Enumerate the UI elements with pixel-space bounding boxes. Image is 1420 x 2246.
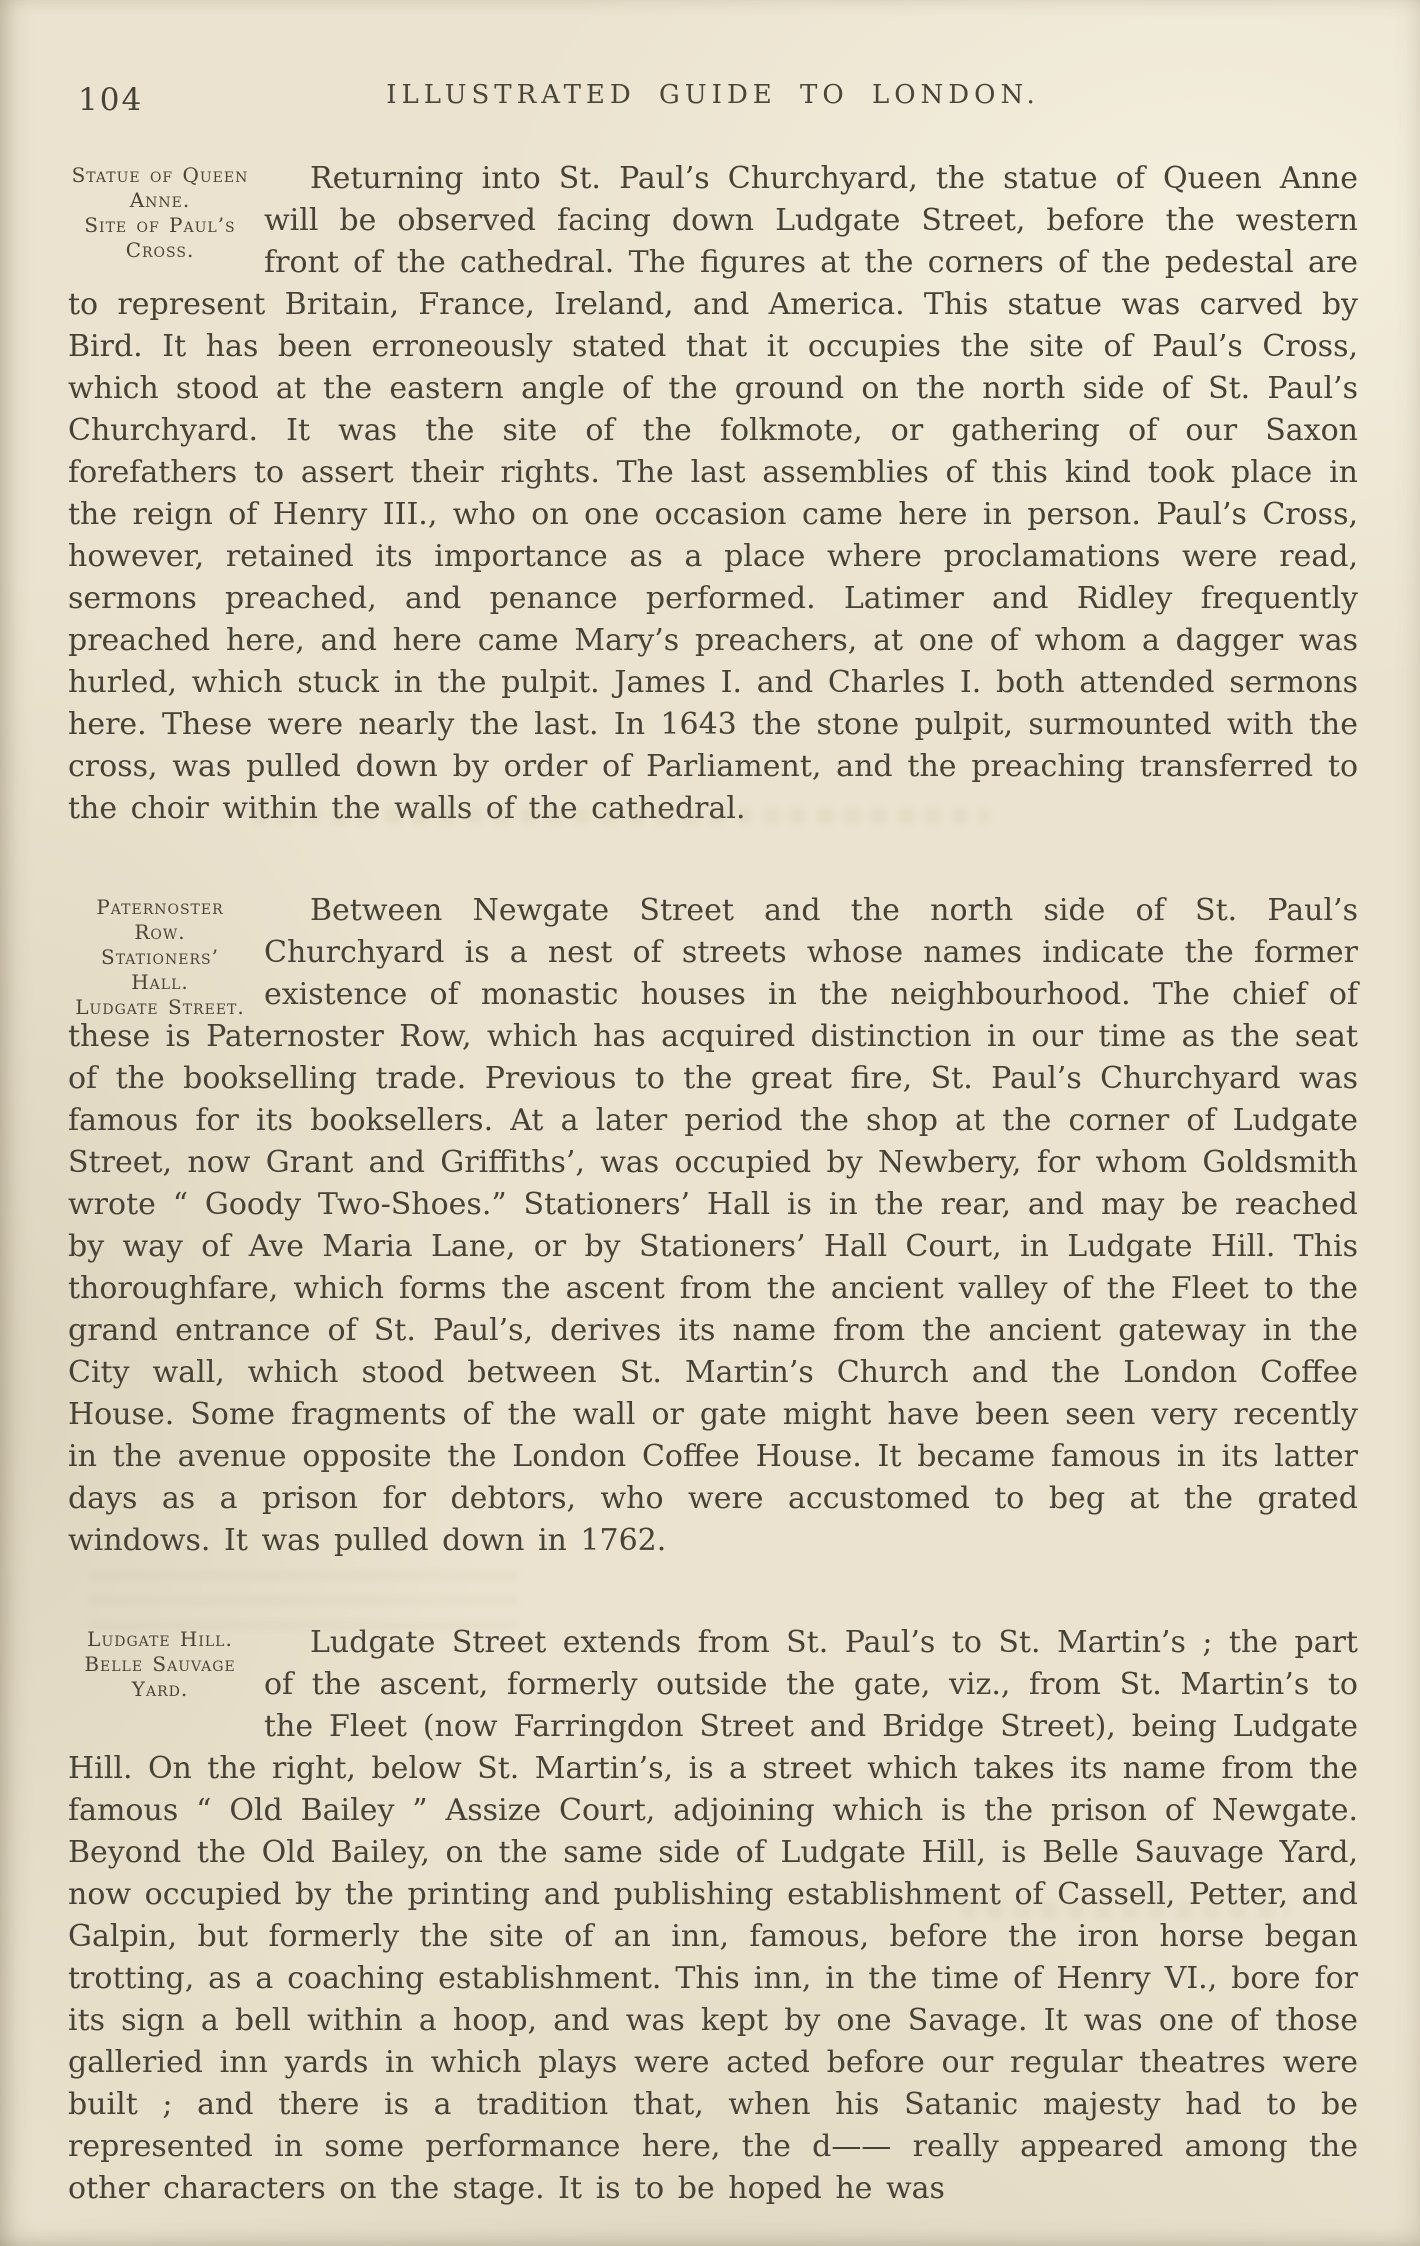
paragraph-text: Between Newgate Street and the north sid… xyxy=(68,893,1358,1558)
page-number: 104 xyxy=(78,82,143,118)
book-page: 104 ILLUSTRATED GUIDE TO LONDON. Statue … xyxy=(0,0,1420,2246)
paragraph-text: Returning into St. Paul’s Churchyard, th… xyxy=(68,161,1358,826)
paragraph-ludgate-hill: Ludgate Hill. Belle Sauvage Yard. Ludgat… xyxy=(68,1622,1358,2210)
sidenote-line: Belle Sauvage xyxy=(68,1652,252,1677)
page-header: 104 ILLUSTRATED GUIDE TO LONDON. xyxy=(68,80,1358,122)
page-body: Statue of Queen Anne. Site of Paul’s Cro… xyxy=(68,158,1358,2210)
sidenote-line: Statue of Queen xyxy=(68,163,252,188)
running-header: ILLUSTRATED GUIDE TO LONDON. xyxy=(68,80,1358,110)
sidenote-ludgate-hill: Ludgate Hill. Belle Sauvage Yard. xyxy=(68,1622,252,1748)
sidenote-line: Cross. xyxy=(68,238,252,263)
sidenote-line: Anne. xyxy=(68,188,252,213)
sidenote-line: Paternoster Row. xyxy=(68,895,252,945)
sidenote-line: Yard. xyxy=(68,1677,252,1702)
paragraph-paternoster-row: Paternoster Row. Stationers’ Hall. Ludga… xyxy=(68,890,1358,1562)
sidenote-line: Ludgate Hill. xyxy=(68,1627,252,1652)
sidenote-line: Stationers’ Hall. xyxy=(68,945,252,995)
paragraph-statue-of-queen-anne: Statue of Queen Anne. Site of Paul’s Cro… xyxy=(68,158,1358,830)
sidenote-paternoster-row: Paternoster Row. Stationers’ Hall. Ludga… xyxy=(68,890,252,1016)
sidenote-line: Site of Paul’s xyxy=(68,213,252,238)
paragraph-text: Ludgate Street extends from St. Paul’s t… xyxy=(68,1625,1358,2206)
sidenote-line: Ludgate Street. xyxy=(68,995,252,1020)
sidenote-statue-of-queen-anne: Statue of Queen Anne. Site of Paul’s Cro… xyxy=(68,158,252,284)
